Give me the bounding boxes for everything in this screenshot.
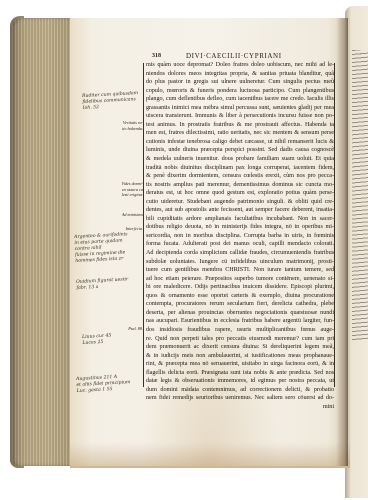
text-line: cutionis infestæ tenebrosa caligo debet …: [146, 138, 334, 147]
text-line: deratus est, ut hoc omne quod gestum est…: [146, 189, 334, 198]
text-line: grassantis inimici mea mēbra simul percu…: [146, 104, 334, 113]
manuscript-annotation: Augustinus 211 Aet aliis fidei principiu…: [76, 374, 131, 395]
manuscript-annotation: Ruditer cum quibusdamfidelibus communica…: [82, 91, 139, 112]
text-line: traditā nobis diuinitus disciplinam pax …: [146, 164, 334, 173]
text-line: copulo, mœroris & funeris pondera luctuo…: [146, 87, 334, 96]
printed-marginal-note: Veritatis ra-: [123, 120, 143, 125]
text-line: tuere cum gentilibus membra CHRISTI. Non…: [146, 266, 334, 275]
rule-right: [334, 63, 335, 387]
text-line: deserta, per alienas prouincias oberrant…: [146, 309, 334, 318]
text-line: bili cupiditatis ardore amplianais facul…: [146, 215, 334, 224]
text-line: sericordia, non in moribus disciplina. C…: [146, 232, 334, 241]
facing-page-text: [352, 50, 368, 340]
text-line: luminis, unde diuina præcepta perspici p…: [146, 146, 334, 155]
printed-marginal-note: Ad ministros: [122, 212, 143, 217]
text-line: do plus pastor in gregis sui ulnere uuln…: [146, 78, 334, 87]
gutter-shadow: [336, 18, 348, 466]
rule-left: [143, 63, 144, 387]
printed-marginal-note: tio habenda.: [122, 126, 143, 131]
text-line: & penè dixerim dormientem, censura cœles…: [146, 172, 334, 181]
text-line: nas aucupari. Esurientibus in ecclesia f…: [146, 317, 334, 326]
text-line: cutio uideretur. Studebant augendo patri…: [146, 198, 334, 207]
text-line: contempta, procuratores rerum secularium…: [146, 300, 334, 309]
printed-marginal-note: Vides dormi-: [122, 181, 143, 186]
text-line: quos & ornamento esse oportet cæteris & …: [146, 292, 334, 301]
text-line: re. Quid non perpeti tales pro peccatis …: [146, 335, 334, 344]
catchword: mini: [146, 403, 334, 412]
text-line: flagellis delicta eorū. Præsignata sunt …: [146, 369, 334, 378]
book-photograph: 318 DIVI·CAECILII·CYPRIANI mis quàm uoce…: [0, 0, 368, 500]
text-line: nem fidei remedijs seurioribus ueniremus…: [146, 394, 334, 403]
text-line: bi ore maledicere. Odijs pertinacibus in…: [146, 283, 334, 292]
text-line: tis nostris amplius pati meremur, dement…: [146, 181, 334, 190]
text-line: dentes, aut sub apostolis ante fecissent…: [146, 206, 334, 215]
printed-marginal-note: en ossura ca: [122, 187, 143, 192]
text-line: dotibus religio deuota, nō in ministerij…: [146, 223, 334, 232]
printed-marginal-note: Interfecia.: [126, 226, 143, 231]
text-line: datæ legis & obseruationis immemores, id…: [146, 377, 334, 386]
text-line: plango, cum deflentibus defleo, cum iace…: [146, 95, 334, 104]
text-line: forma fucata. Adulterati post dei manus …: [146, 240, 334, 249]
text-line: Ad decipienda corda simplicium callidæ f…: [146, 249, 334, 258]
text-line: uiscera transierunt. Immunis & liber à p…: [146, 112, 334, 121]
text-line: mis quàm uoce depromat? Doleo fratres do…: [146, 61, 334, 70]
page-block-edge: [12, 18, 72, 466]
text-line: dos insidiosis fraudibus rapere, usuris …: [146, 326, 334, 335]
printed-marginal-note: lesti erigitur.: [122, 192, 143, 197]
manuscript-annotation: Liuus cur 45Lucas 25: [82, 333, 112, 347]
text-line: dum domini mādata contemnimus, ad correc…: [146, 386, 334, 395]
text-line: rint, & præcepta mea nō seruauerint, uis…: [146, 360, 334, 369]
running-head: DIVI·CAECILII·CYPRIANI: [186, 52, 282, 60]
main-text-block: mis quàm uoce depromat? Doleo fratres do…: [146, 61, 334, 411]
printed-marginal-note: Psal. 88.: [128, 326, 143, 331]
folio-number: 318: [152, 53, 161, 59]
text-line: men est, fratres dilectissimi, ratio uer…: [146, 129, 334, 138]
text-line: test animus. In prostratis fratribus & m…: [146, 121, 334, 130]
text-line: dem præmonuerit ac dixerit censura diuin…: [146, 343, 334, 352]
text-line: & medela uulneris inuenitur. dous probar…: [146, 155, 334, 164]
text-line: niendos dolores meos integritas propria,…: [146, 70, 334, 79]
manuscript-annotation: Argenteo & aurifodinisin eius parte quid…: [74, 232, 129, 265]
text-line: ad hoc etiam peierare. Præpositos superb…: [146, 275, 334, 284]
text-line: subdolæ uoluntates. Iungere cū infidelib…: [146, 258, 334, 267]
text-line: & in iudicijs meis non ambulauerint, si …: [146, 352, 334, 361]
